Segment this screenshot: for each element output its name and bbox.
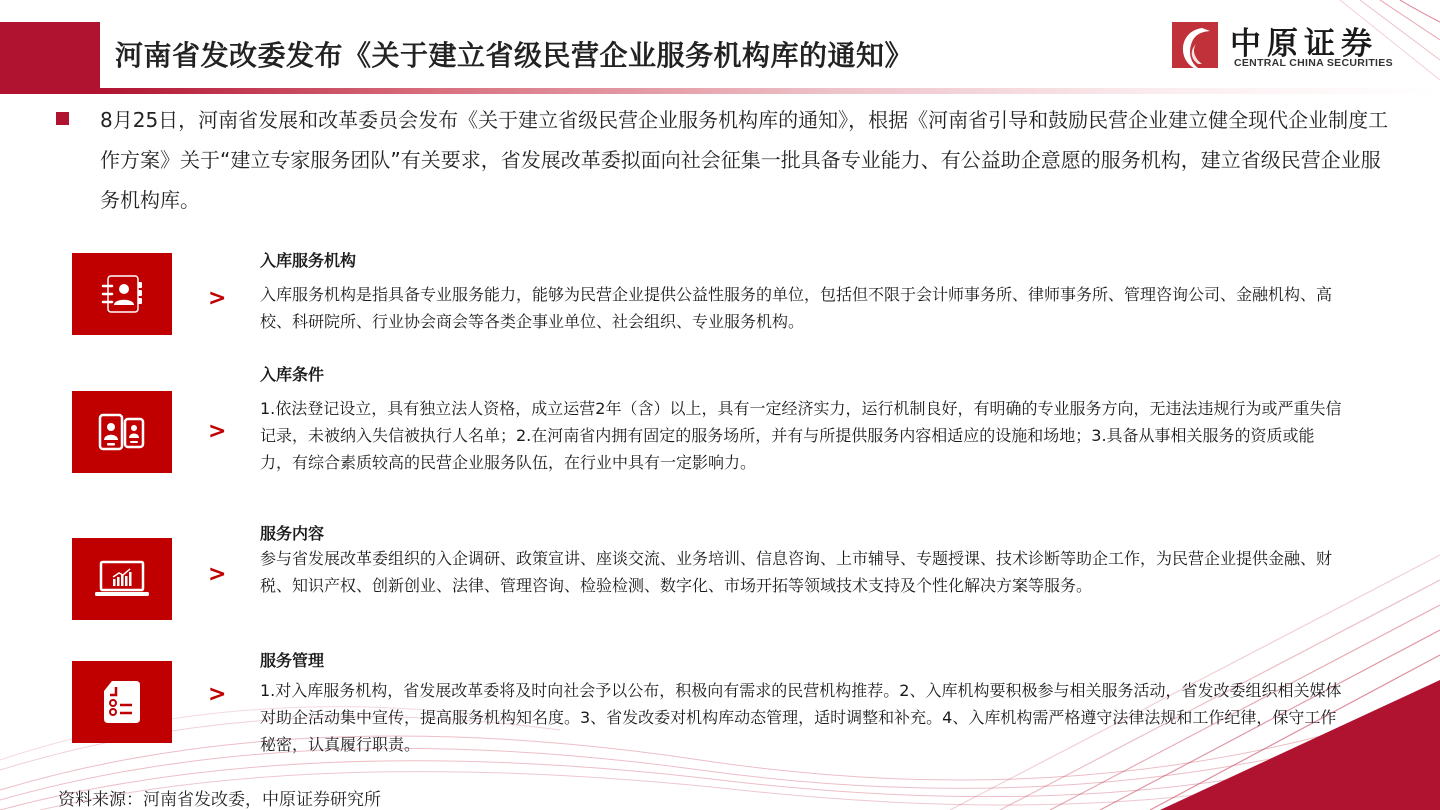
square-bullet-icon [56,112,69,125]
section-title: 入库服务机构 [260,248,356,271]
central-china-securities-logo-mark-icon [1172,22,1218,68]
data-source-note: 资料来源：河南省发改委，中原证券研究所 [58,785,381,810]
section-title: 服务管理 [260,648,324,671]
header-accent-block [0,22,100,94]
section-body: 参与省发展改革委组织的入企调研、政策宣讲、座谈交流、业务培训、信息咨询、上市辅导… [260,545,1345,599]
decorative-arcs-top-right [1330,0,1440,90]
chevron-right-icon: > [208,419,226,444]
section-body: 入库服务机构是指具备专业服务能力，能够为民营企业提供公益性服务的单位，包括但不限… [260,281,1345,335]
section-body: 1.依法登记设立，具有独立法人资格，成立运营2年（含）以上，具有一定经济实力，运… [260,395,1345,476]
header-gradient-rule [100,88,1440,94]
contact-book-icon [72,253,172,335]
section-body: 1.对入库服务机构，省发展改革委将及时向社会予以公布，积极向有需求的民营机构推荐… [260,677,1345,758]
section-title: 入库条件 [260,362,324,385]
laptop-chart-icon [72,538,172,620]
chevron-right-icon: > [208,562,226,587]
user-cards-icon [72,391,172,473]
intro-paragraph: 8月25日，河南省发展和改革委员会发布《关于建立省级民营企业服务机构库的通知》，… [100,100,1390,220]
chevron-right-icon: > [208,286,226,311]
page-title: 河南省发改委发布《关于建立省级民营企业服务机构库的通知》 [115,30,913,82]
chevron-right-icon: > [208,682,226,707]
checklist-document-icon [72,661,172,743]
section-title: 服务内容 [260,521,324,544]
